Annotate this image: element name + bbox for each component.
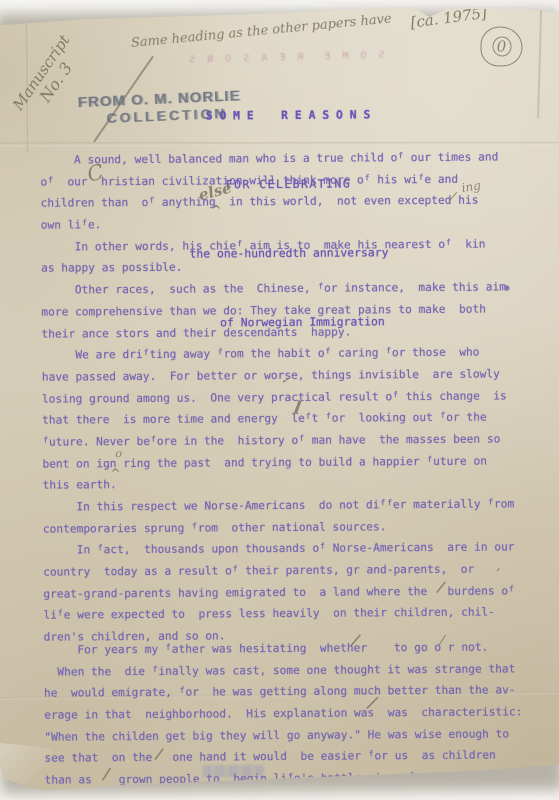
insert-capital-c: C	[85, 160, 107, 187]
insert-ing: ing	[461, 178, 482, 195]
insert-o-ignoring: o	[115, 447, 122, 460]
scan-background: Manuscript No. 3 Same heading as the oth…	[0, 0, 559, 800]
strike-or: /	[439, 633, 445, 649]
insert-l-left: l	[292, 397, 302, 419]
insert-else: else	[197, 179, 234, 205]
blue-overstamp-smudge: ▓▒▓▒▓▒▓▒▓	[203, 766, 263, 777]
pencil-layer: else^ing/C✓lo^’//////●▓▒▓▒▓▒▓▒▓	[0, 4, 559, 798]
check-practical: ✓	[280, 372, 292, 387]
strike-grown: /	[103, 764, 111, 783]
caret-else: ^	[211, 203, 222, 218]
strike-excepted-ed: /	[449, 189, 457, 205]
manuscript-page: Manuscript No. 3 Same heading as the oth…	[0, 4, 559, 798]
strike-one-hand: /	[155, 745, 163, 764]
strike-burdens: /	[437, 578, 446, 597]
tick-line-parents: ’	[494, 566, 501, 581]
ink-blob: ●	[504, 283, 509, 293]
strike-was: /	[366, 693, 378, 714]
strike-whether: /	[351, 630, 361, 650]
caret-ignoring: ^	[110, 466, 120, 480]
